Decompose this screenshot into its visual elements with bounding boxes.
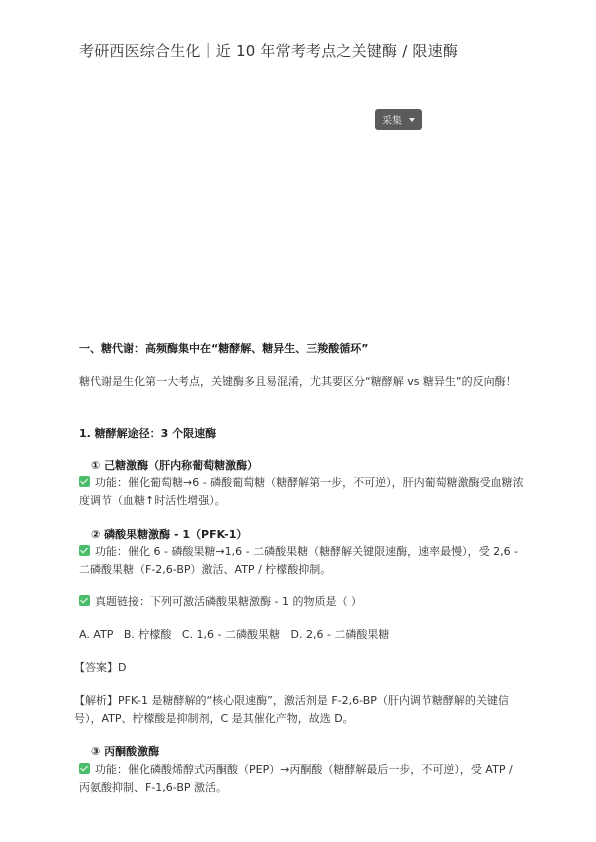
collect-button[interactable]: 采集 [375,109,422,130]
page-title: 考研西医综合生化｜近 10 年常考考点之关键酶 / 限速酶 [79,40,458,61]
section-heading: 一、糖代谢：高频酶集中在“糖酵解、糖异生、三羧酸循环” [79,340,524,358]
enzyme-name: ① 己糖激酶（肝内称葡萄糖激酶） [79,457,536,475]
intro-paragraph: 糖代谢是生化第一大考点，关键酶多且易混淆，尤其要区分“糖酵解 vs 糖异生”的反… [79,373,524,391]
question-options: A. ATP B. 柠檬酸 C. 1,6 - 二磷酸果糖 D. 2,6 - 二磷… [79,626,524,644]
enzyme-function: 功能：催化磷酸烯醇式丙酮酸（PEP）→丙酮酸（糖酵解最后一步，不可逆），受 AT… [79,761,524,797]
enzyme-name: ③ 丙酮酸激酶 [79,743,536,761]
answer: 【答案】D [74,659,519,677]
enzyme-function: 功能：催化葡萄糖→6 - 磷酸葡萄糖（糖酵解第一步，不可逆），肝内葡萄糖激酶受血… [79,474,524,510]
check-icon [79,595,90,606]
enzyme-function: 功能：催化 6 - 磷酸果糖→1,6 - 二磷酸果糖（糖酵解关键限速酶，速率最慢… [79,543,524,579]
collect-button-label: 采集 [382,112,402,127]
caret-down-icon [409,118,415,122]
check-icon [79,763,90,774]
enzyme-name: ② 磷酸果糖激酶 - 1（PFK-1） [79,526,536,544]
analysis: 【解析】PFK-1 是糖酵解的“核心限速酶”，激活剂是 F-2,6-BP（肝内调… [74,692,519,728]
subsection-heading: 1. 糖酵解途径：3 个限速酶 [79,425,524,443]
check-icon [79,545,90,556]
question-stem: 真题链接：下列可激活磷酸果糖激酶 - 1 的物质是（ ） [79,593,524,611]
check-icon [79,476,90,487]
